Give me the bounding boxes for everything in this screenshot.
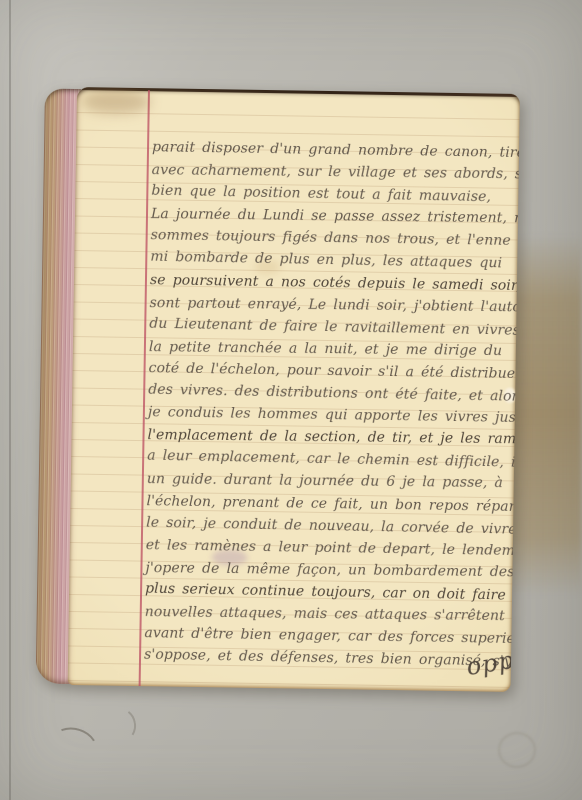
scanner-edge-line [9,0,11,800]
scanned-photo: parait disposer d'un grand nombre de can… [0,0,582,800]
scanner-hair-mark [45,722,102,773]
scanner-hair-mark [103,706,138,745]
handwriting-line: La journée du Lundi se passe assez trist… [151,203,518,229]
handwriting-line: la petite tranchée a la nuit, et je me d… [149,336,516,362]
handwriting-line: nouvelles attaques, mais ces attaques s'… [145,601,512,627]
paper: parait disposer d'un grand nombre de can… [68,87,520,692]
scanner-ring-mark [498,732,536,768]
handwriting-block: parait disposer d'un grand nombre de can… [144,136,519,672]
notebook-page: parait disposer d'un grand nombre de can… [36,87,520,692]
handwriting-line: un guide. durant la journée du 6 je la p… [147,468,514,494]
